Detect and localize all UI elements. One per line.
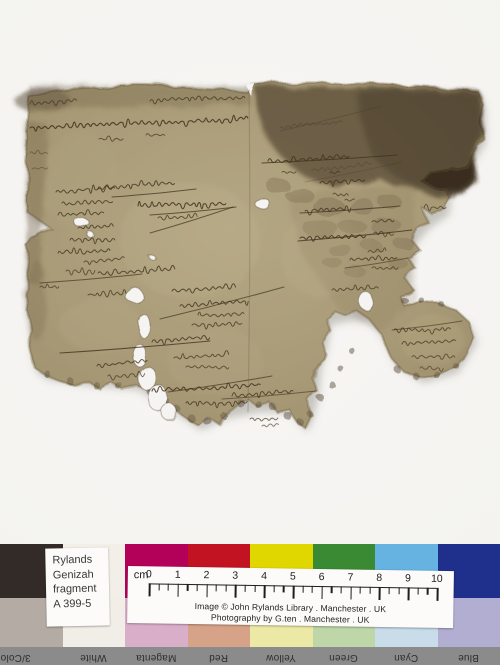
ruler-tick-minor — [398, 587, 399, 594]
color-label: Blue — [458, 652, 479, 663]
ruler-number: 2 — [203, 569, 209, 581]
ruler-tick-major — [177, 584, 179, 597]
ruler-tick-minor — [360, 587, 361, 594]
ruler-number: 8 — [376, 572, 382, 584]
ruler-tick-minor — [225, 585, 226, 592]
ruler-number: 0 — [146, 568, 152, 580]
ruler-tick-major — [408, 587, 410, 600]
ruler-tick-minor — [389, 587, 390, 594]
label-line: A 399-5 — [53, 596, 109, 612]
ruler-tick-major — [350, 586, 352, 599]
ruler-tick-minor — [427, 588, 428, 595]
ruler-tick-minor — [254, 585, 255, 592]
ruler-tick-minor — [216, 584, 217, 591]
ruler-sticker: cm 012345678910 Image © John Rylands Lib… — [127, 566, 454, 628]
color-label-cell: Red — [188, 647, 251, 665]
ruler-tick-minor — [283, 585, 284, 592]
ruler-tick-minor — [158, 583, 159, 590]
script-stroke — [262, 424, 278, 427]
ruler-number: 1 — [175, 569, 181, 581]
ruler-tick-minor — [369, 587, 370, 594]
ruler-tick-major — [264, 585, 266, 598]
color-label-strip: 3/ColorWhiteMagentaRedYellowGreenCyanBlu… — [0, 647, 500, 665]
ruler-tick-minor — [187, 584, 188, 591]
label-line: Rylands — [52, 552, 108, 568]
ruler-credits: Image © John Rylands Library . Mancheste… — [127, 600, 453, 626]
ruler-tick-major — [436, 588, 438, 601]
color-label: Red — [209, 652, 228, 663]
ruler-tick-minor — [417, 588, 418, 595]
color-label-cell: Magenta — [125, 647, 188, 665]
color-label: Magenta — [136, 652, 176, 663]
ruler-tick-minor — [312, 586, 313, 593]
color-label-cell: Cyan — [375, 647, 438, 665]
ruler-tick-major — [206, 584, 208, 597]
ruler-tick-minor — [273, 585, 274, 592]
ruler-tick-major — [149, 583, 151, 596]
ruler-tick-minor — [341, 586, 342, 593]
ruler-tick-minor — [197, 584, 198, 591]
ruler-number: 9 — [405, 572, 411, 584]
ruler-number: 4 — [261, 570, 267, 582]
ruler-tick-minor — [331, 586, 332, 593]
color-label-cell: 3/Color — [0, 647, 63, 665]
ruler-tick-major — [379, 587, 381, 600]
photo-background: 3/ColorWhiteMagentaRedYellowGreenCyanBlu… — [0, 0, 500, 665]
ruler-number: 3 — [232, 570, 238, 582]
ruler-tick-minor — [168, 584, 169, 591]
color-label: Cyan — [394, 652, 418, 663]
color-label: Green — [329, 652, 358, 663]
ruler-tick-minor — [245, 585, 246, 592]
color-label-cell: Yellow — [250, 647, 313, 665]
fragment-id-label: Rylands Genizah fragment A 399-5 — [45, 547, 110, 626]
color-label-cell: White — [63, 647, 126, 665]
color-label-cell: Green — [313, 647, 376, 665]
label-line: Genizah — [53, 567, 109, 583]
ruler-number: 5 — [290, 571, 296, 583]
ruler-number: 6 — [319, 571, 325, 583]
label-line: fragment — [53, 581, 109, 597]
ruler-tick-major — [321, 586, 323, 599]
color-label: 3/Color — [0, 652, 31, 663]
color-label: Yellow — [266, 652, 296, 663]
ruler-number: 10 — [431, 573, 443, 585]
script-stroke — [250, 418, 278, 421]
ruler-number: 7 — [347, 571, 353, 583]
color-label: White — [80, 652, 107, 663]
ruler-tick-minor — [302, 586, 303, 593]
ruler-tick-major — [293, 586, 295, 599]
color-label-cell: Blue — [438, 647, 500, 665]
ruler-tick-major — [235, 585, 237, 598]
